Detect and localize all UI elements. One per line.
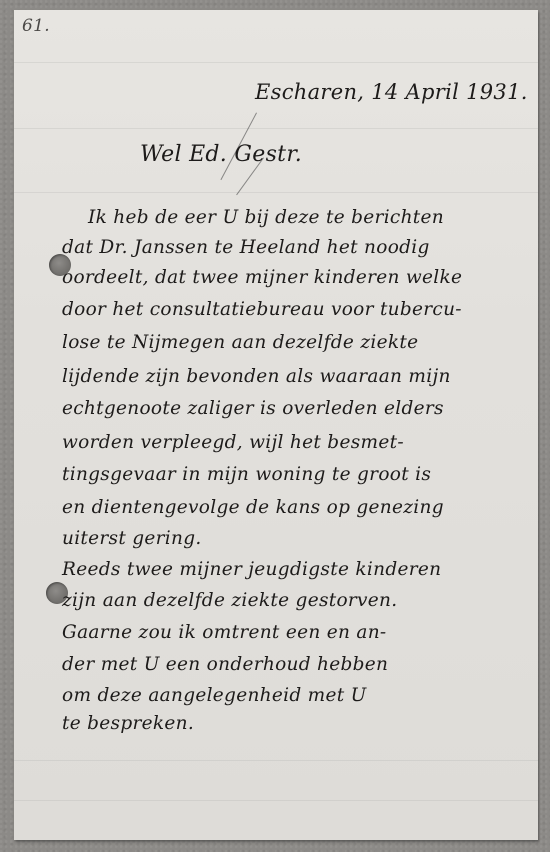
letter-line: der met U een onderhoud hebben xyxy=(62,654,388,675)
letter-line: te bespreken. xyxy=(62,713,194,734)
letter-line: lose te Nijmegen aan dezelfde ziekte xyxy=(62,332,418,353)
letter-line: worden verpleegd, wijl het besmet- xyxy=(62,432,404,453)
letter-line: Gaarne zou ik omtrent een en an- xyxy=(62,622,386,643)
letter-line: uiterst gering. xyxy=(62,528,202,549)
paper-rule-line xyxy=(14,62,538,63)
paper-rule-line xyxy=(14,800,538,801)
letter-line: echtgenoote zaliger is overleden elders xyxy=(62,398,444,419)
letter-line: Ik heb de eer U bij deze te berichten xyxy=(88,207,444,228)
letter-line: en dientengevolge de kans op genezing xyxy=(62,497,444,518)
letter-line: zijn aan dezelfde ziekte gestorven. xyxy=(62,590,397,611)
letter-line: dat Dr. Janssen te Heeland het noodig xyxy=(62,237,430,258)
letter-line: tingsgevaar in mijn woning te groot is xyxy=(62,464,431,485)
paper-rule-line xyxy=(14,128,538,129)
letter-line: Reeds twee mijner jeugdigste kinderen xyxy=(62,559,441,580)
letter-line: oordeelt, dat twee mijner kinderen welke xyxy=(62,267,462,288)
letter-line: om deze aangelegenheid met U xyxy=(62,685,367,706)
letter-line: door het consultatiebureau voor tubercu- xyxy=(62,299,462,320)
paper-rule-line xyxy=(14,192,538,193)
place-and-date: Escharen, 14 April 1931. xyxy=(255,80,528,104)
salutation: Wel Ed. Gestr. xyxy=(140,142,302,167)
page-number: 61. xyxy=(22,16,50,36)
paper-rule-line xyxy=(14,760,538,761)
letter-line: lijdende zijn bevonden als waaraan mijn xyxy=(62,366,451,387)
